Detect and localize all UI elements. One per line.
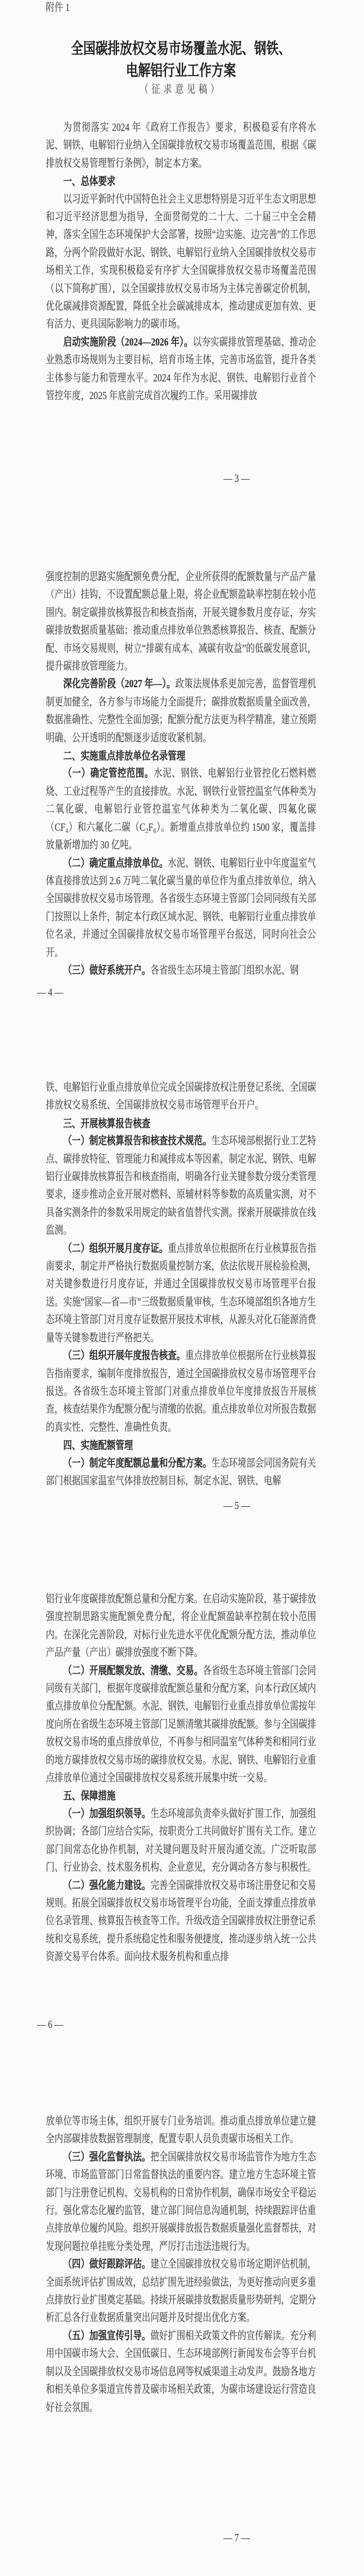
section-heading-3: 三、开展核算报告核查 xyxy=(46,1114,316,1132)
paragraph-lead: （三）组织开展年度报告核查。 xyxy=(63,1350,185,1362)
page-3-content: 铁、电解铝行业重点排放单位完成全国碳排放权注册登记系统、全国碳排放权交易系统、全… xyxy=(0,1079,364,1490)
page-number: — 6 — xyxy=(37,2018,63,2031)
paragraph-text: 完善全国碳排放权交易市场注册登记和交易规则。拓展全国碳排放权交易市场管理平台功能… xyxy=(46,1879,316,1963)
paragraph-lead: （二）确定重点排放单位。 xyxy=(63,857,168,869)
section-heading-5: 五、保障措施 xyxy=(46,1787,316,1804)
document-page-2: 强度控制的思路实施配额免费分配，企业所获得的配额数量与产品产量（产出）挂钩，不设… xyxy=(0,568,364,1079)
section-heading-4: 四、实施配额管理 xyxy=(46,1436,316,1454)
paragraph-text: 各省级生态环境主管部门组织水泥、钢 xyxy=(151,964,299,976)
paragraph-lead: （一）制定核算报告和核查技术规范。 xyxy=(63,1135,212,1147)
paragraph-lead: （二）开展配额发放、清缴、交易。 xyxy=(63,1665,203,1677)
paragraph: 强度控制的思路实施配额免费分配，企业所获得的配额数量与产品产量（产出）挂钩，不设… xyxy=(46,568,316,675)
document-page-1: 附件 1 全国碳排放权交易市场覆盖水泥、钢铁、电解铝行业工作方案 （征求意见稿）… xyxy=(0,0,364,568)
attachment-label: 附件 1 xyxy=(46,0,316,15)
paragraph: 放单位等市场主体，组织开展专门业务培训。推动重点排放单位建立健全内部碳排放数据管… xyxy=(46,2112,316,2148)
document-title: 全国碳排放权交易市场覆盖水泥、钢铁、电解铝行业工作方案 xyxy=(46,38,316,82)
paragraph-lead: （二）强化能力建设。 xyxy=(63,1879,151,1892)
paragraph-text: 重点排放单位根据所在行业核算报告指南要求，制定并严格执行数据质量控制方案，依法依… xyxy=(46,1242,316,1344)
paragraph-lead: （三）强化监督执法。 xyxy=(63,2151,151,2163)
paragraph-lead: （二）组织开展月度存证。 xyxy=(63,1242,168,1255)
paragraph-lead: 启动实施阶段（2024—2026 年）。 xyxy=(63,336,193,348)
page-1-content: 附件 1 全国碳排放权交易市场覆盖水泥、钢铁、电解铝行业工作方案 （征求意见稿）… xyxy=(0,0,364,405)
paragraph: （一）制定核算报告和核查技术规范。生态环境部根据行业工艺特点、碳排放特征、管理能… xyxy=(46,1132,316,1239)
page-number: — 5 — xyxy=(223,1499,249,1512)
section-heading-2: 二、实施重点排放单位名录管理 xyxy=(46,747,316,764)
paragraph-lead: （四）做好跟踪评估。 xyxy=(63,2258,151,2270)
paragraph-lead: （一）加强组织领导。 xyxy=(63,1808,151,1820)
page-2-content: 强度控制的思路实施配额免费分配，企业所获得的配额数量与产品产量（产出）挂钩，不设… xyxy=(0,568,364,979)
document-page-4: 铝行业年度碳排放配额总量和分配方案。在启动实施阶段，基于碳排放强度控制思路实施配… xyxy=(0,1590,364,2112)
paragraph-text: 生态环境部根据行业工艺特点、碳排放特征、管理能力和减排成本等因素，制定水泥、钢铁… xyxy=(46,1135,316,1236)
paragraph-text: 重点排放单位根据所在行业核算报告指南要求，编制年度排放报告，通过全国碳排放权交易… xyxy=(46,1350,316,1433)
page-number: — 7 — xyxy=(223,2531,249,2545)
page-number: — 3 — xyxy=(223,472,249,485)
paragraph: （三）做好系统开户。各省级生态环境主管部门组织水泥、钢 xyxy=(46,962,316,979)
paragraph: （三）强化监督执法。把全国碳排放权交易市场监管作为地方生态环境、市场监管部门日常… xyxy=(46,2148,316,2255)
paragraph: 铝行业年度碳排放配额总量和分配方案。在启动实施阶段，基于碳排放强度控制思路实施配… xyxy=(46,1590,316,1662)
paragraph: （二）强化能力建设。完善全国碳排放权交易市场注册登记和交易规则。拓展全国碳排放权… xyxy=(46,1877,316,1966)
page-5-content: 放单位等市场主体，组织开展专门业务培训。推动重点排放单位建立健全内部碳排放数据管… xyxy=(0,2112,364,2416)
paragraph-text: 把全国碳排放权交易市场监管作为地方生态环境、市场监管部门日常监督执法的重要内容。… xyxy=(46,2151,316,2253)
paragraph: （一）加强组织领导。生态环境部负责牵头做好扩围工作，加强组织协调；各部门应结合实… xyxy=(46,1805,316,1877)
paragraph: （四）做好跟踪评估。建立全国碳排放权交易市场定期评估机制，全面系统评估扩围成效，… xyxy=(46,2255,316,2327)
page-number: — 4 — xyxy=(37,986,63,999)
paragraph: （三）组织开展年度报告核查。重点排放单位根据所在行业核算报告指南要求，编制年度排… xyxy=(46,1347,316,1436)
paragraph: （二）开展配额发放、清缴、交易。各省级生态环境主管部门会同同级有关部门，根据年度… xyxy=(46,1662,316,1787)
paragraph: 为贯彻落实 2024 年《政府工作报告》要求，积极稳妥有序将水泥、钢铁、电解铝行… xyxy=(46,119,316,172)
paragraph-lead: （一）确定管控范围。 xyxy=(63,767,154,779)
document-title-line-1: 全国碳排放权交易市场覆盖水泥、钢铁、 xyxy=(71,39,291,57)
paragraph-lead: （一）制定年度配额总量和分配方案。 xyxy=(63,1457,212,1469)
paragraph-text: 做好扩围相关政策文件的宣传解读。充分利用中国碳市场大会、全国低碳日、生态环境部例… xyxy=(46,2330,316,2414)
paragraph: （一）制定年度配额总量和分配方案。生态环境部会同国务院有关部门根据国家温室气体排… xyxy=(46,1454,316,1490)
paragraph: 启动实施阶段（2024—2026 年）。以夯实碳排放管理基础、推动企业熟悉市场规… xyxy=(46,333,316,405)
paragraph: 深化完善阶段（2027 年—）。政策法规体系更加完善，监督管理机制更加健全，各方… xyxy=(46,675,316,747)
paragraph: （一）确定管控范围。水泥、钢铁、电解铝行业管控化石燃料燃烧、工业过程等产生的直接… xyxy=(46,764,316,854)
paragraph-text: 各省级生态环境主管部门会同同级有关部门，根据年度碳排放配额总量和分配方案，向本行… xyxy=(46,1665,316,1784)
scanned-document: 附件 1 全国碳排放权交易市场覆盖水泥、钢铁、电解铝行业工作方案 （征求意见稿）… xyxy=(0,0,364,2576)
paragraph-text: 水泥、钢铁、电解铝行业中年度温室气体直接排放达到 2.6 万吨二氧化碳当量的单位… xyxy=(46,857,316,959)
page-4-content: 铝行业年度碳排放配额总量和分配方案。在启动实施阶段，基于碳排放强度控制思路实施配… xyxy=(0,1590,364,1966)
paragraph: （二）组织开展月度存证。重点排放单位根据所在行业核算报告指南要求，制定并严格执行… xyxy=(46,1240,316,1347)
document-scale-wrapper: 附件 1 全国碳排放权交易市场覆盖水泥、钢铁、电解铝行业工作方案 （征求意见稿）… xyxy=(0,0,364,2576)
document-page-5: 放单位等市场主体，组织开展专门业务培训。推动重点排放单位建立健全内部碳排放数据管… xyxy=(0,2112,364,2576)
paragraph-text: 水泥、钢铁、电解铝行业管控化石燃料燃烧、工业过程等产生的直接排放。水泥、钢铁行业… xyxy=(46,767,316,851)
paragraph-lead: 深化完善阶段（2027 年—）。 xyxy=(63,678,175,690)
document-page-3: 铁、电解铝行业重点排放单位完成全国碳排放权注册登记系统、全国碳排放权交易系统、全… xyxy=(0,1079,364,1590)
paragraph-lead: （五）加强宣传引导。 xyxy=(63,2330,151,2342)
document-title-line-2: 电解铝行业工作方案 xyxy=(126,61,235,79)
paragraph: 以习近平新时代中国特色社会主义思想特别是习近平生态文明思想和习近平经济思想为指导… xyxy=(46,190,316,333)
paragraph: 铁、电解铝行业重点排放单位完成全国碳排放权注册登记系统、全国碳排放权交易系统、全… xyxy=(46,1079,316,1114)
draft-note: （征求意见稿） xyxy=(46,82,316,97)
section-heading-1: 一、总体要求 xyxy=(46,172,316,190)
paragraph: （五）加强宣传引导。做好扩围相关政策文件的宣传解读。充分利用中国碳市场大会、全国… xyxy=(46,2327,316,2416)
paragraph: （二）确定重点排放单位。水泥、钢铁、电解铝行业中年度温室气体直接排放达到 2.6… xyxy=(46,854,316,962)
paragraph-lead: （三）做好系统开户。 xyxy=(63,964,151,976)
